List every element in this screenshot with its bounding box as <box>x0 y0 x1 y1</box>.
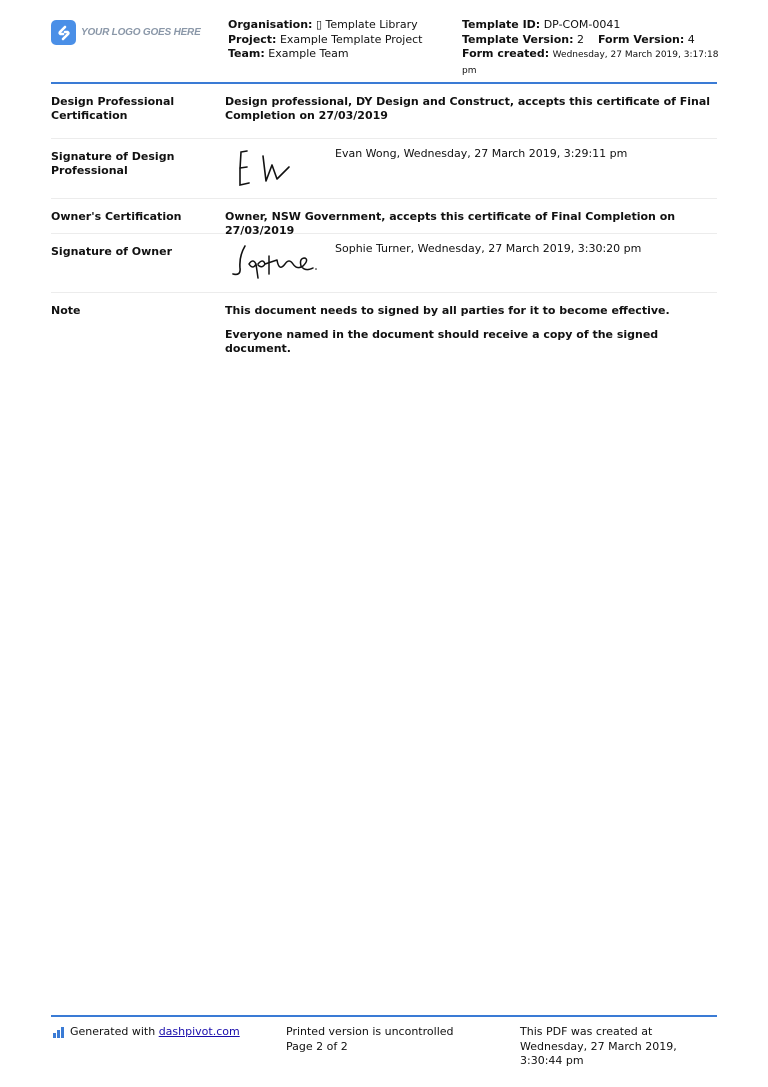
template-version-value: 2 <box>577 33 584 46</box>
dashpivot-bars-icon <box>53 1027 64 1038</box>
signature-image-sophie-turner <box>225 234 335 284</box>
organisation-label: Organisation: <box>228 18 312 31</box>
footer-divider <box>51 1015 717 1017</box>
form-version-value: 4 <box>688 33 695 46</box>
field-design-professional-certification: Design Professional Certification Design… <box>51 84 717 139</box>
signature-block: Sophie Turner, Wednesday, 27 March 2019,… <box>225 234 717 292</box>
logo-text: YOUR LOGO GOES HERE <box>81 27 201 38</box>
dashpivot-logo-icon <box>51 20 76 45</box>
team-label: Team: <box>228 47 265 60</box>
pdf-created-value: Wednesday, 27 March 2019, 3:30:44 pm <box>520 1040 720 1069</box>
field-label: Signature of Design Professional <box>51 139 225 198</box>
signature-meta: Evan Wong, Wednesday, 27 March 2019, 3:2… <box>335 139 627 198</box>
project-label: Project: <box>228 33 276 46</box>
field-owner-certification: Owner's Certification Owner, NSW Governm… <box>51 199 717 234</box>
generated-with: Generated with dashpivot.com <box>53 1025 240 1040</box>
pdf-created-info: This PDF was created at Wednesday, 27 Ma… <box>520 1025 720 1069</box>
pdf-created-prefix: This PDF was created at <box>520 1025 720 1040</box>
signature-block: Evan Wong, Wednesday, 27 March 2019, 3:2… <box>225 139 717 198</box>
field-label: Signature of Owner <box>51 234 225 292</box>
signature-meta: Sophie Turner, Wednesday, 27 March 2019,… <box>335 234 641 292</box>
field-value: Owner, NSW Government, accepts this cert… <box>225 199 717 233</box>
dashpivot-link[interactable]: dashpivot.com <box>159 1025 240 1040</box>
generated-prefix: Generated with <box>70 1025 155 1040</box>
form-version-label: Form Version: <box>598 33 684 46</box>
field-label: Note <box>51 293 225 353</box>
team-value: Example Team <box>268 47 348 60</box>
field-value: Design professional, DY Design and Const… <box>225 84 717 138</box>
header-template-info: Template ID: DP-COM-0041 Template Versio… <box>462 18 722 78</box>
field-label: Owner's Certification <box>51 199 225 233</box>
form-fields: Design Professional Certification Design… <box>51 84 717 353</box>
print-info: Printed version is uncontrolled Page 2 o… <box>286 1025 454 1054</box>
note-line: Everyone named in the document should re… <box>225 328 717 356</box>
field-signature-design-professional: Signature of Design Professional Evan Wo… <box>51 139 717 199</box>
field-label: Design Professional Certification <box>51 84 225 138</box>
signature-image-evan-wong <box>225 139 335 189</box>
field-signature-owner: Signature of Owner Sophie Turner, Wednes… <box>51 234 717 293</box>
logo: YOUR LOGO GOES HERE <box>51 20 201 45</box>
form-created-label: Form created: <box>462 47 549 60</box>
page-number: Page 2 of 2 <box>286 1040 454 1055</box>
field-value: This document needs to signed by all par… <box>225 293 717 353</box>
uncontrolled-note: Printed version is uncontrolled <box>286 1025 454 1040</box>
template-id-value: DP-COM-0041 <box>544 18 621 31</box>
header-project-info: Organisation: ▯ Template Library Project… <box>228 18 458 62</box>
template-version-label: Template Version: <box>462 33 573 46</box>
template-id-label: Template ID: <box>462 18 540 31</box>
document-header: YOUR LOGO GOES HERE Organisation: ▯ Temp… <box>51 18 717 82</box>
project-value: Example Template Project <box>280 33 423 46</box>
field-note: Note This document needs to signed by al… <box>51 293 717 353</box>
note-line: This document needs to signed by all par… <box>225 304 717 318</box>
organisation-value: ▯ Template Library <box>316 18 418 31</box>
